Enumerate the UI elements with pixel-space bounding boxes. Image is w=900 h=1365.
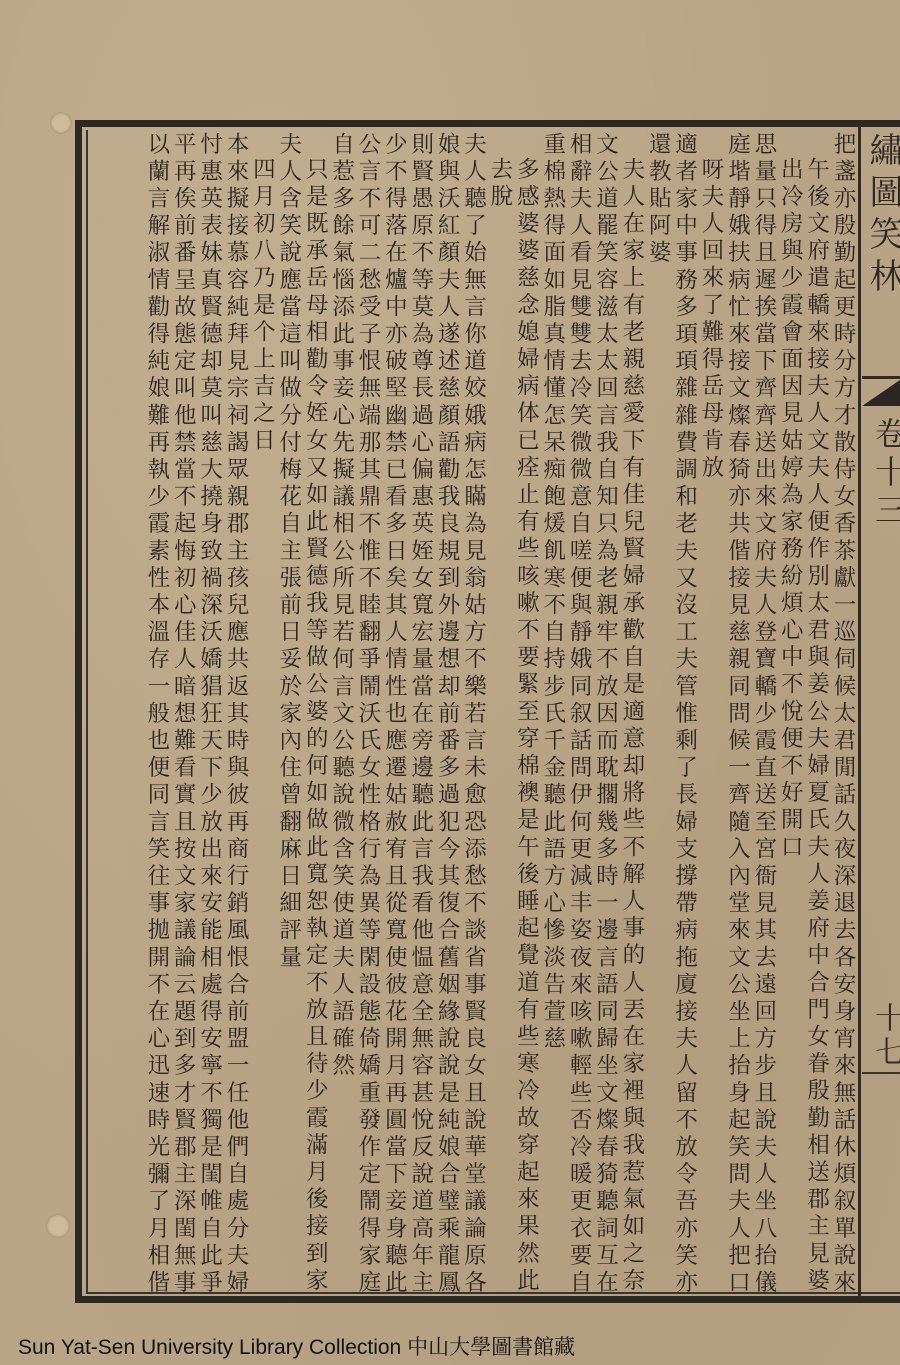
text-column: 呀夫人回來了難得岳母肯放 (698, 132, 724, 1292)
scanned-page: 繡圖笑林 卷十三 十七 把盞亦殷勤起更時分方才散侍女香茶獻一巡伺候太君閒話久夜深… (0, 0, 900, 1365)
banxin-rule (862, 1072, 900, 1074)
collection-caption: Sun Yat-Sen University Library Collectio… (0, 1330, 900, 1365)
text-column: 還教貼阿婆 (645, 132, 671, 1292)
text-column: 出冷房與少霞會面因見姑婷為家務紛煩心中不悅便不好開口 (777, 132, 803, 1292)
volume-label: 卷十三 (866, 417, 900, 531)
text-column: 思量只得且遲挨當下齊齊送出來文府夫人登寶轎少霞直送至宮衙見其去遠回方步且說夫人坐… (750, 132, 776, 1292)
text-column: 午後文府遣轎來接夫人文夫人便作別太君與姜公夫婦夏氏夫人姜府中合門女眷殷勤相送郡主… (803, 132, 829, 1292)
text-column: 平再俟前番呈故態定叫他禁當不起悔初心佳人暗想難看實且按文家議論云題到多才賢郡主深… (170, 132, 196, 1292)
binding-hole-bottom (46, 1214, 70, 1238)
text-columns: 把盞亦殷勤起更時分方才散侍女香茶獻一巡伺候太君閒話久夜深退去各安身宵來無話休煩叙… (90, 132, 856, 1292)
text-column: 只是既承岳母相勸令姪女又如此賢德我等做公婆的何如做此寬恕執定不放且待少霞滿月後接… (302, 132, 328, 1292)
text-column: 以蘭言解淑情勸得純娘難再執少霞素性本溫存一般也便同言笑往事拋開不在心迅速時光彌了… (143, 132, 169, 1292)
banxin-margin: 繡圖笑林 卷十三 十七 (862, 127, 900, 1301)
text-column: 少不得落在爐中亦破堅幽禁已看多日矣其人情性也應遷姑赦宥且從寬使彼花開月再圓當下妾… (381, 132, 407, 1292)
fish-tail-bar (862, 376, 900, 379)
text-column: 本來擬接慕容純拜見宗祠謁眾親郡主孩兒應共返其時與彼再商行銷風恨合前盟一任他們自處… (223, 132, 249, 1292)
text-column: 夫人含笑說應當這叫做分付梅花自主張前日妥於家內住曾翻麻日細評量 (275, 132, 301, 1292)
text-column: 忖惠英表妹真賢德却莫叫慈大撓身致禍深沃嬌猖狂天下少放出來安能相處得安寧不獨是閨帷… (196, 132, 222, 1292)
text-column: 去脫 (487, 132, 513, 1292)
text-column: 公言不可二愁受子恨無端那其鼎不惟不睦翻爭鬧沃氏女性格行為異等閑設態倚嬌重發作定鬧… (355, 132, 381, 1292)
text-column: 重棉熱得面如脂真情懂怎呆痴飽煖飢寒不自持步氏千金聽此語方心慘淡告萱慈 (539, 132, 565, 1292)
text-column: 夫人在家上有老親慈愛下有佳兒賢婦承歡自是適意却將些不解人事的人丟在家裡與我惹氣如… (618, 132, 644, 1292)
text-column: 夫人聽了始無言你道姣娥病怎瞞為見翁姑方不樂若言未愈恐添愁不談省事賢良女且說華堂議… (460, 132, 486, 1292)
text-column: 娘與沃紅顏夫人遂述慈顏語勸我良規到外邊想却前番多過犯今其復合舊姻緣說說是純娘合璧… (434, 132, 460, 1292)
page-number: 十七 (864, 1002, 900, 1070)
text-column: 則賢愚原不等莫為尊長過心偏惠英姪女寬宏量當在旁邊聽此言我看他愠意全無容甚悅反說道… (407, 132, 433, 1292)
banxin-divider (858, 125, 861, 1301)
text-column: 自惹多餘氣惱添此事妾心先擬議相公所見若何言文公聽說微含笑使道夫人語確然 (328, 132, 354, 1292)
text-column: 庭堦靜娥扶病忙來接文燦春猗亦共偕接見慈親同問候一齊隨入內堂來文公坐上抬身起笑問夫… (724, 132, 750, 1292)
text-column: 相辭夫人看見雙雙去冷笑微微意自嗟便與靜娥同叙話問伊何更減丰姿夜來咳嗽輕些否冷暖更… (566, 132, 592, 1292)
text-column: 四月初八乃是个上吉之日 (249, 132, 275, 1292)
text-column: 把盞亦殷勤起更時分方才散侍女香茶獻一巡伺候太君閒話久夜深退去各安身宵來無話休煩叙… (830, 132, 856, 1292)
fish-tail-mark-icon (862, 380, 900, 406)
text-column: 適者家中事務多頊頊雜雜費調和老夫又沒工夫管惟剩了長婦支撐帶病拖廈接夫人留不放令吾… (671, 132, 697, 1292)
book-title: 繡圖笑林 (866, 132, 900, 300)
binding-hole-top (50, 112, 72, 134)
text-column: 多感婆婆慈念媳婦病体已痊止有些咳嗽不要緊至穿棉襖是午後睡起覺道有些寒冷故穿起來果… (513, 132, 539, 1292)
text-column: 文公道罷笑容滋太太回言我自知只為老親牢不放因而耽擱幾多時一邊言語同歸坐文燦春猗聽… (592, 132, 618, 1292)
